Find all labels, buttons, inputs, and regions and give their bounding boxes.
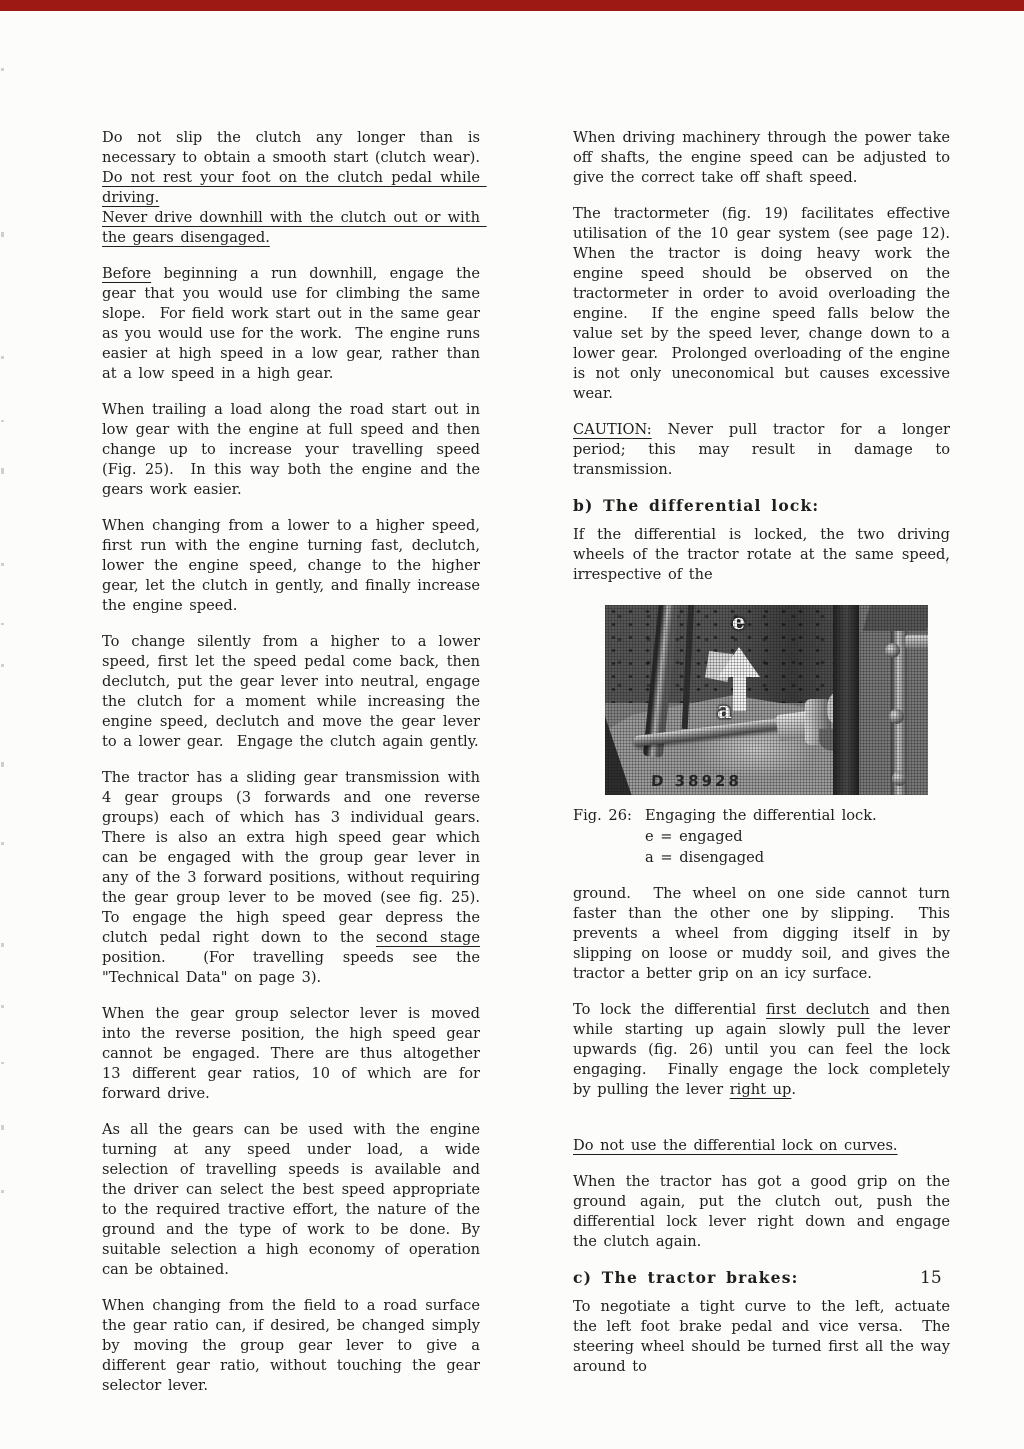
arrow-up-icon	[718, 647, 760, 677]
scan-artifact	[1, 623, 4, 625]
paragraph: CAUTION: Never pull tractor for a longer…	[573, 420, 950, 480]
section-heading: b) The differential lock:	[573, 496, 950, 515]
scan-artifact	[1, 232, 4, 237]
scan-artifact	[1, 1125, 4, 1130]
figure-label-e: e	[732, 609, 745, 634]
paragraph: When changing from the field to a road s…	[102, 1296, 480, 1396]
paragraph: When the tractor has got a good grip on …	[573, 1172, 950, 1252]
figure-caption-legend-a: a = disengaged	[645, 847, 950, 868]
paragraph: To lock the differential first declutch …	[573, 1000, 950, 1100]
scan-artifact	[1, 68, 4, 71]
scan-artifact	[1, 1190, 4, 1193]
manual-page: Do not slip the clutch any longer than i…	[0, 0, 1024, 1449]
scan-artifact	[1, 943, 4, 947]
bolt-icon	[892, 771, 907, 786]
paragraph: Do not slip the clutch any longer than i…	[102, 128, 480, 248]
figure-caption-number: Fig. 26:	[573, 805, 645, 826]
section-heading: c) The tractor brakes:	[573, 1268, 950, 1287]
right-column: When driving machinery through the power…	[573, 128, 950, 1393]
photo-dark-column	[833, 605, 859, 795]
paragraph: Do not use the differential lock on curv…	[573, 1136, 950, 1156]
figure-26-photo: e a D 38928	[605, 605, 928, 795]
scan-artifact	[1, 1062, 4, 1064]
figure-stamp: D 38928	[651, 772, 742, 790]
paragraph: If the differential is locked, the two d…	[573, 525, 950, 585]
bolt-icon	[885, 643, 900, 658]
left-column: Do not slip the clutch any longer than i…	[102, 128, 480, 1412]
top-red-bar	[0, 0, 1024, 11]
scan-artifact	[1, 356, 4, 359]
scan-artifact	[1, 1005, 4, 1008]
page-number: 15	[920, 1268, 942, 1288]
scan-artifact	[1, 762, 4, 767]
bolt-icon	[889, 709, 904, 724]
paragraph: To negotiate a tight curve to the left, …	[573, 1297, 950, 1377]
scan-artifact	[1, 664, 4, 667]
scan-artifact	[1, 842, 4, 845]
figure-caption: Fig. 26:Engaging the differential lock. …	[573, 805, 950, 868]
paragraph: ground. The wheel on one side cannot tur…	[573, 884, 950, 984]
paragraph: As all the gears can be used with the en…	[102, 1120, 480, 1280]
right-column-bottom-blocks: ground. The wheel on one side cannot tur…	[573, 884, 950, 1377]
photo-right-assembly	[859, 605, 928, 795]
figure-caption-legend-e: e = engaged	[645, 826, 950, 847]
arrow-up-icon	[733, 675, 746, 711]
paragraph: When trailing a load along the road star…	[102, 400, 480, 500]
paragraph: To change silently from a higher to a lo…	[102, 632, 480, 752]
paragraph: Before beginning a run downhill, engage …	[102, 264, 480, 384]
right-column-top-blocks: When driving machinery through the power…	[573, 128, 950, 585]
paragraph: The tractormeter (fig. 19) facilitates e…	[573, 204, 950, 404]
figure-caption-title: Engaging the differential lock.	[645, 807, 877, 824]
scan-artifact	[1, 563, 4, 566]
paragraph: When the gear group selector lever is mo…	[102, 1004, 480, 1104]
scan-artifact	[1, 420, 4, 422]
paragraph: When driving machinery through the power…	[573, 128, 950, 188]
figure-label-a: a	[717, 697, 732, 724]
paragraph: When changing from a lower to a higher s…	[102, 516, 480, 616]
scan-artifact	[1, 468, 4, 474]
paragraph: The tractor has a sliding gear transmiss…	[102, 768, 480, 988]
